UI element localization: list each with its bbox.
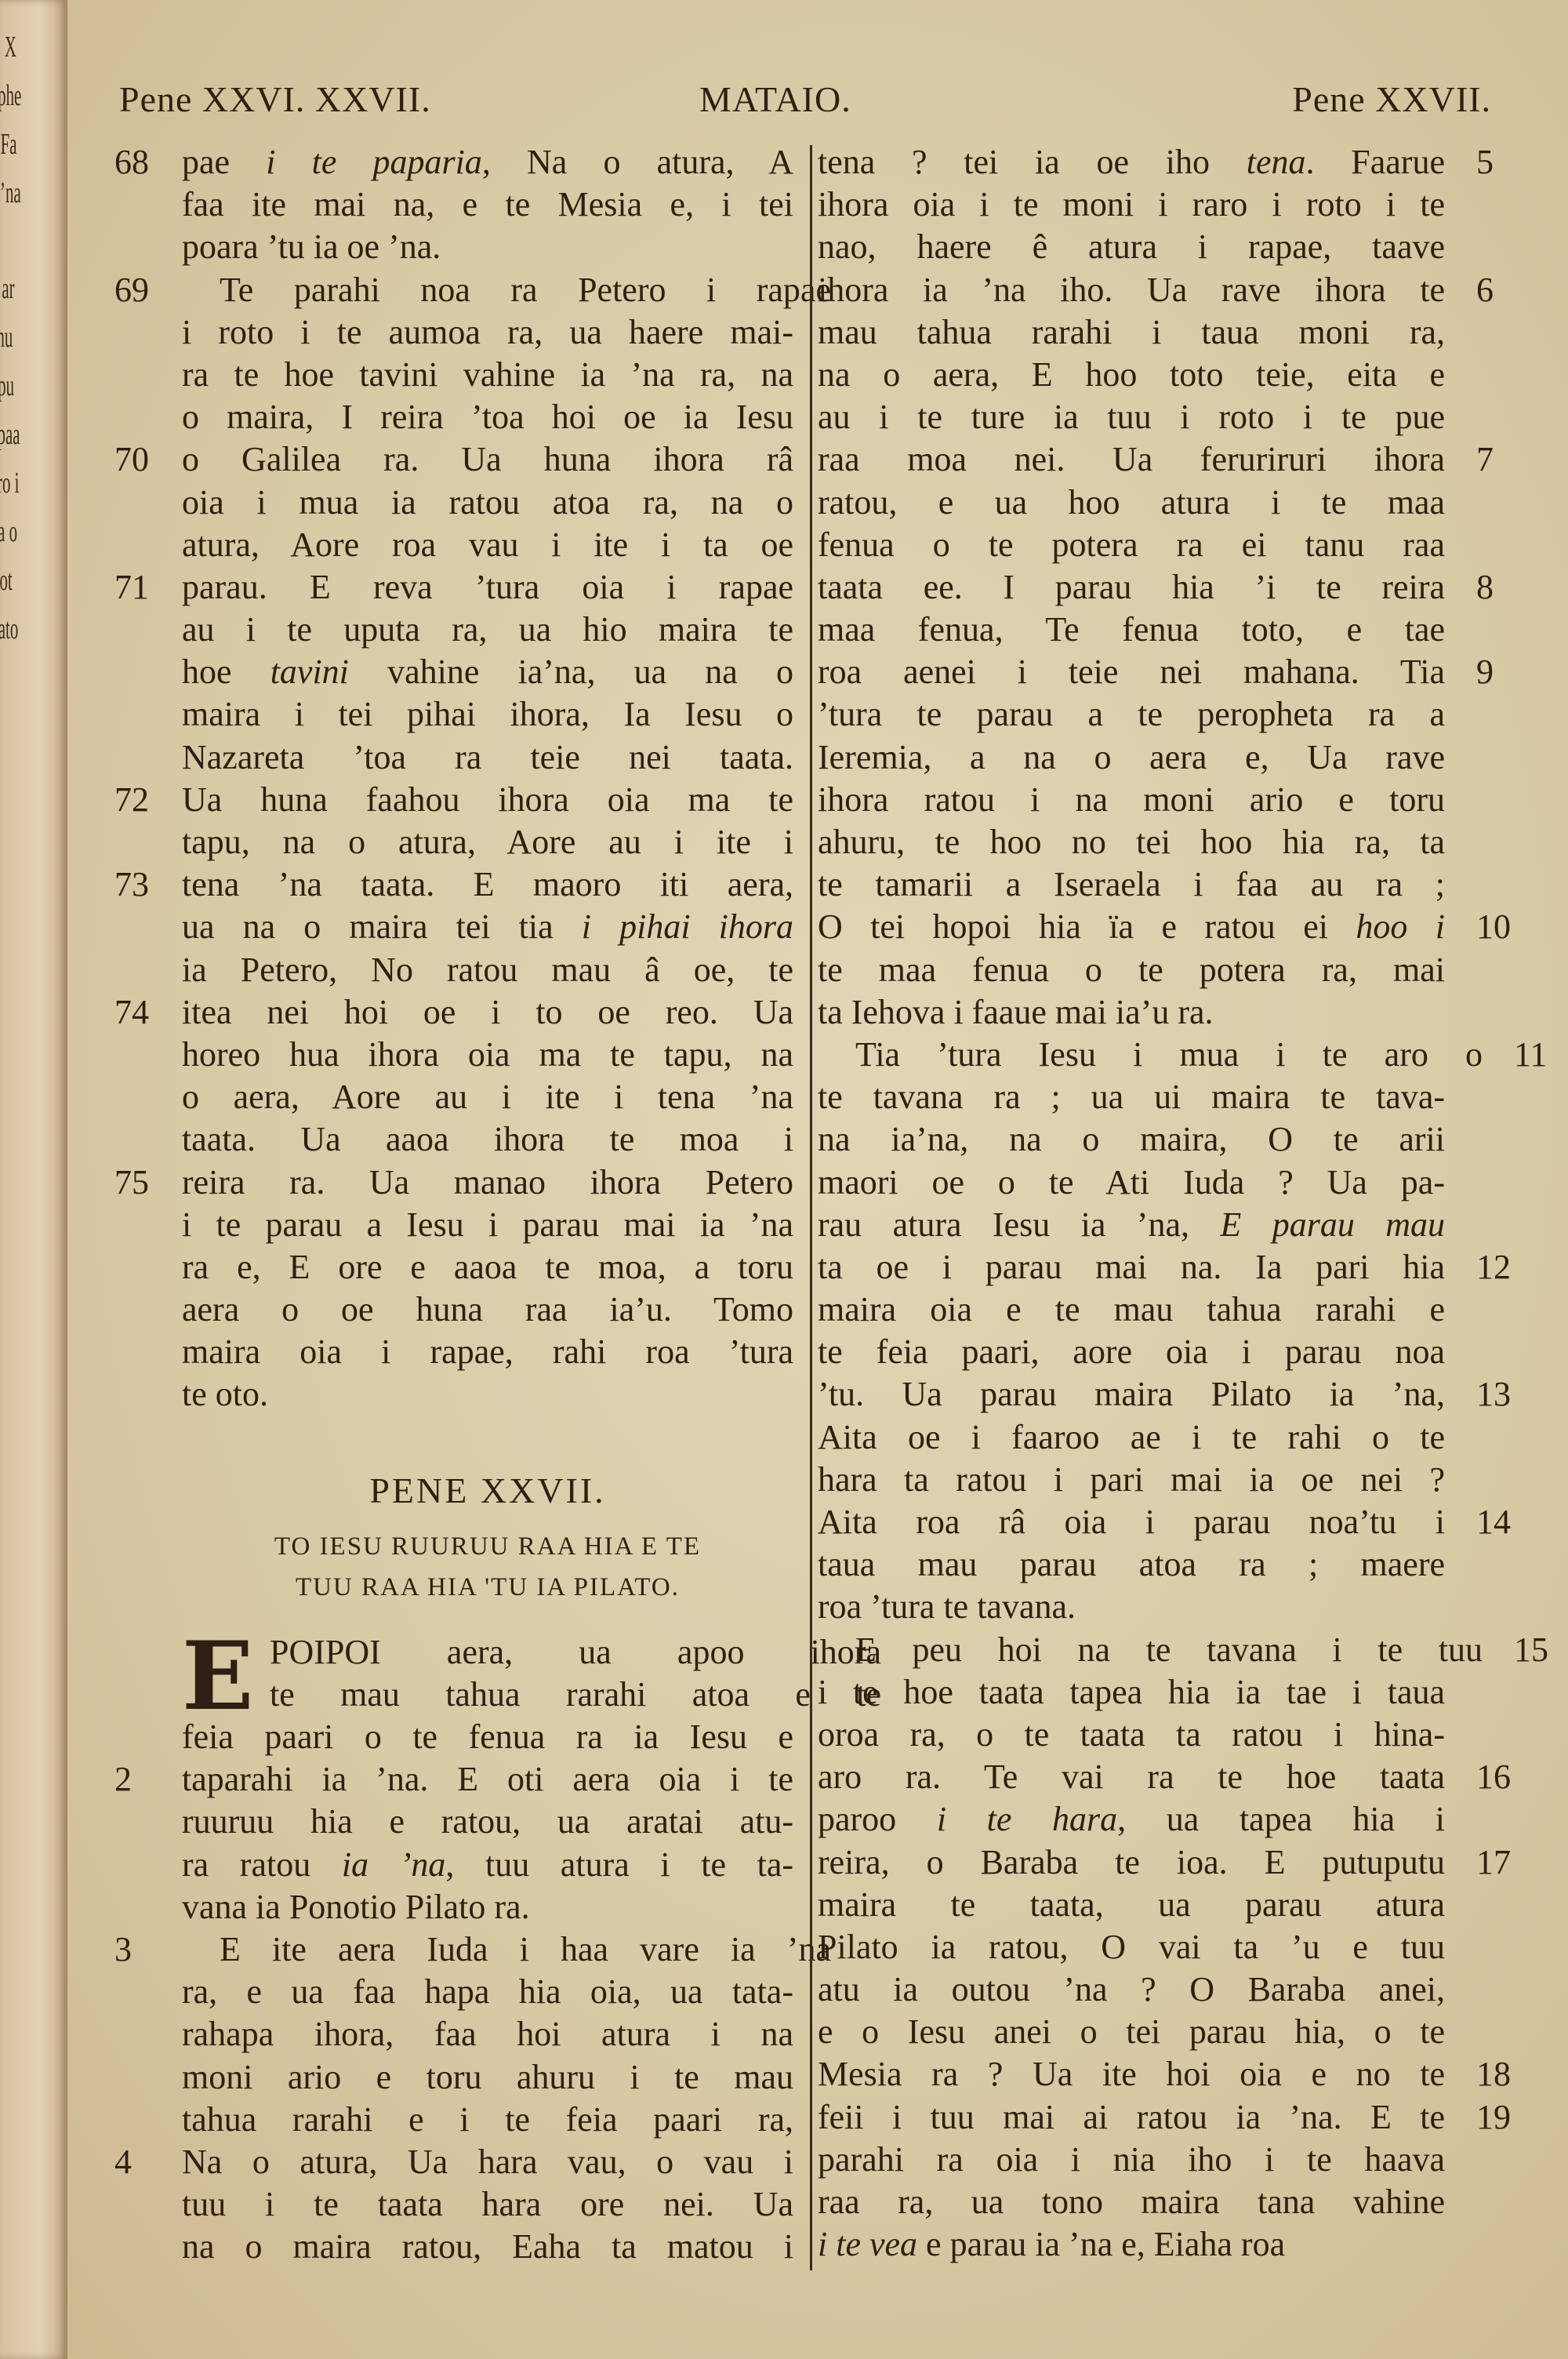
- text-line: ihora oia i te moni i raro i roto i te: [818, 184, 1445, 226]
- previous-page-fragment: teie. Fa: [0, 127, 17, 162]
- running-head: Pene XXVI. XXVII. MATAIO. Pene XXVII.: [119, 78, 1491, 125]
- text-line: moni ario e toru ahuru i te mau: [182, 2056, 793, 2099]
- line-text: POIPOI aera, ua apoo ihora: [270, 1633, 881, 1671]
- text-line: na ia’na, na o maira, O te arii: [818, 1118, 1445, 1161]
- line-text: hara ta ratou i pari mai ia oe nei ?: [818, 1460, 1445, 1499]
- line-text: vahine ia’na, ua na o: [349, 652, 793, 691]
- line-text: te feia paari, aore oia i parau noa: [818, 1332, 1445, 1371]
- italic-text: i te paparia: [266, 143, 482, 181]
- text-line: ratou, e ua hoo atura i te maa: [818, 482, 1445, 524]
- text-line: 8taata ee. I parau hia ’i te reira: [818, 566, 1445, 609]
- verse-number: 73: [114, 863, 149, 906]
- verse-number: 69: [114, 269, 149, 311]
- line-text: reira, o Baraba te ioa. E putuputu: [818, 1843, 1445, 1881]
- line-text: fenua o te potera ra ei tanu raa: [818, 525, 1445, 564]
- verse-number: 2: [114, 1758, 132, 1801]
- text-line: maa fenua, Te fenua toto, e tae: [818, 609, 1445, 651]
- previous-page-fragment: oa ia’na: [0, 176, 21, 210]
- line-text: atura, Aore roa vau i ite i ta oe: [182, 525, 793, 564]
- text-line: e o Iesu anei o tei parau hia, o te: [818, 2011, 1445, 2053]
- text-line: paroo i te hara, ua tapea hia i: [818, 1798, 1445, 1841]
- text-line: 3E ite aera Iuda i haa vare ia ’na: [182, 1928, 831, 1971]
- line-text: oroa ra, o te taata ta ratou i hina-: [818, 1715, 1445, 1754]
- previous-page-fragment: te tahu: [0, 320, 13, 354]
- chapter-summary-line: TO IESU RUURUU RAA HIA E TE: [182, 1526, 793, 1567]
- line-text: ra e, E ore e aaoa te moa, a toru: [182, 1248, 793, 1286]
- text-line: i te vea e parau ia ’na e, Eiaha roa: [818, 2223, 1445, 2266]
- text-line: te tavana ra ; ua ui maira te tava-: [818, 1076, 1445, 1118]
- text-line: i te parau a Iesu i parau mai ia ’na: [182, 1204, 793, 1246]
- line-text: ua na o maira tei tia: [182, 907, 582, 946]
- text-line: ra ratou ia ’na, tuu atura i te ta-: [182, 1844, 793, 1886]
- verse-number: 17: [1476, 1841, 1531, 1884]
- previous-page-fragment: u ra, ar: [0, 271, 15, 306]
- text-line: Nazareta ’toa ra teie nei taata.: [182, 736, 793, 779]
- text-line: 69Te parahi noa ra Petero i rapae: [182, 269, 831, 311]
- text-line: 74itea nei hoi oe i to oe reo. Ua: [182, 991, 793, 1034]
- line-text: E ite aera Iuda i haa vare ia ’na: [220, 1930, 831, 1968]
- text-line: atu ia outou ’na ? O Baraba anei,: [818, 1968, 1445, 2011]
- line-text: taata. Ua aaoa ihora te moa i: [182, 1120, 793, 1158]
- line-text: au i te uputa ra, ua hio maira te: [182, 610, 793, 649]
- text-line: 19feii i tuu mai ai ratou ia ’na. E te: [818, 2096, 1445, 2139]
- line-text: parau. E reva ’tura oia i rapae: [182, 568, 793, 606]
- line-text: roa aenei i teie nei mahana. Tia: [818, 652, 1445, 691]
- line-text: oia i mua ia ratou atoa ra, na o: [182, 483, 793, 522]
- running-head-left: Pene XXVI. XXVII.: [119, 78, 431, 120]
- line-text: maira i tei pihai ihora, Ia Iesu o: [182, 695, 793, 733]
- line-text: na ia’na, na o maira, O te arii: [818, 1120, 1445, 1158]
- previous-page-fragment: umoa o: [0, 514, 17, 549]
- line-text: E peu hoi na te tavana i te tuu: [855, 1630, 1483, 1669]
- verse-number: 3: [114, 1928, 132, 1971]
- line-text: ’tura te parau a te peropheta ra a: [818, 695, 1445, 733]
- running-head-book-title: MATAIO.: [699, 78, 851, 120]
- text-line: taua mau parau atoa ra ; maere: [818, 1543, 1445, 1586]
- text-line: ahuru, te hoo no tei hoo hia ra, ta: [818, 821, 1445, 863]
- chapter-summary: TO IESU RUURUU RAA HIA E TE TUU RAA HIA …: [182, 1526, 793, 1608]
- text-line: i te hoe taata tapea hia ia tae i taua: [818, 1671, 1445, 1714]
- text-line: te mau tahua rarahi atoa e te: [182, 1674, 881, 1716]
- line-text: te tamarii a Iseraela i faa au ra ;: [818, 865, 1445, 903]
- text-line: 13’tu. Ua parau maira Pilato ia ’na,: [818, 1373, 1445, 1416]
- verse-number: 14: [1476, 1501, 1531, 1543]
- text-line: ihora ratou i na moni ario e toru: [818, 779, 1445, 821]
- line-text: au i te ture ia tuu i roto i te pue: [818, 398, 1445, 436]
- text-line: 2taparahi ia ’na. E oti aera oia i te: [182, 1758, 793, 1801]
- line-text: Te parahi noa ra Petero i rapae: [220, 271, 831, 309]
- line-text: raa ra, ua tono maira tana vahine: [818, 2183, 1445, 2221]
- text-line: tapu, na o atura, Aore au i ite i: [182, 821, 793, 863]
- verse-number: 70: [114, 438, 149, 481]
- line-text: tapu, na o atura, Aore au i ite i: [182, 823, 793, 861]
- line-text: ihora oia i te moni i raro i roto i te: [818, 185, 1445, 224]
- line-text: maa fenua, Te fenua toto, e tae: [818, 610, 1445, 649]
- line-text: feii i tuu mai ai ratou ia ’na. E te: [818, 2098, 1445, 2136]
- verse-number: 72: [114, 779, 149, 821]
- text-line: fenua o te potera ra ei tanu raa: [818, 524, 1445, 566]
- text-line: ruuruu hia e ratou, ua aratai atu-: [182, 1801, 793, 1843]
- line-text: pae: [182, 143, 266, 181]
- text-line: 70o Galilea ra. Ua huna ihora râ: [182, 438, 793, 481]
- line-text: moni ario e toru ahuru i te mau: [182, 2058, 793, 2096]
- italic-text: i pihai ihora: [582, 907, 793, 946]
- line-text: tahua rarahi e i te feia paari ra,: [182, 2100, 793, 2139]
- text-line: faa ite mai na, e te Mesia e, i tei: [182, 184, 793, 226]
- line-text: ra, e ua faa hapa hia oia, ua tata-: [182, 1972, 793, 2011]
- line-text: taua mau parau atoa ra ; maere: [818, 1545, 1445, 1583]
- line-text: o Galilea ra. Ua huna ihora râ: [182, 440, 793, 478]
- italic-text: tena: [1247, 143, 1306, 181]
- text-line: 5tena ? tei ia oe iho tena. Faarue: [818, 141, 1445, 184]
- line-text: i roto i te aumoa ra, ua haere mai-: [182, 313, 793, 351]
- line-text: ihora ia ’na iho. Ua rave ihora te: [818, 271, 1445, 309]
- right-column: 5tena ? tei ia oe iho tena. Faarueihora …: [818, 141, 1445, 2266]
- text-line: parahi ra oia i nia iho i te haava: [818, 2139, 1445, 2181]
- verse-number: 74: [114, 991, 149, 1034]
- line-text: itea nei hoi oe i to oe reo. Ua: [182, 993, 793, 1031]
- text-line: maira oia e te mau tahua rarahi e: [818, 1289, 1445, 1331]
- text-line: feia paari o te fenua ra ia Iesu e: [182, 1716, 793, 1758]
- text-line: 68pae i te paparia, Na o atura, A: [182, 141, 793, 184]
- line-text: paroo: [818, 1800, 937, 1838]
- verse-number: 75: [114, 1161, 149, 1204]
- previous-page-fragment: putupu: [0, 369, 14, 403]
- line-text: maira oia e te mau tahua rarahi e: [818, 1290, 1445, 1329]
- text-line: 10O tei hopoi hia ïa e ratou ei hoo i: [818, 906, 1445, 948]
- text-line: te feia paari, aore oia i parau noa: [818, 1331, 1445, 1373]
- line-text: . Faarue: [1306, 143, 1445, 181]
- line-text: rau atura Iesu ia ’na,: [818, 1205, 1220, 1244]
- text-line: oia i mua ia ratou atoa ra, na o: [182, 482, 793, 524]
- previous-page-fragment: perophe: [0, 78, 21, 113]
- line-text: te mau tahua rarahi atoa e te: [270, 1675, 881, 1714]
- text-line: te oto.: [182, 1373, 793, 1416]
- line-text: O tei hopoi hia ïa e ratou ei: [818, 907, 1356, 946]
- italic-text: tavini: [270, 652, 349, 691]
- text-line: rahapa ihora, faa hoi atura i na: [182, 2013, 793, 2055]
- text-line: 71parau. E reva ’tura oia i rapae: [182, 566, 793, 609]
- chapter-opening-verses: POIPOI aera, ua apoo ihorate mau tahua r…: [182, 1631, 793, 2269]
- line-text: aera o oe huna raa ia’u. Tomo: [182, 1290, 793, 1329]
- text-line: vana ia Ponotio Pilato ra.: [182, 1886, 793, 1928]
- line-text: rahapa ihora, faa hoi atura i na: [182, 2015, 793, 2053]
- line-text: hoe: [182, 652, 270, 691]
- line-text: horeo hua ihora oia ma te tapu, na: [182, 1035, 793, 1074]
- text-line: i roto i te aumoa ra, ua haere mai-: [182, 311, 793, 354]
- previous-page-fragment: ra i rot: [0, 563, 13, 598]
- line-text: , Na o atura, A: [482, 143, 793, 181]
- line-text: e parau ia ’na e, Eiaha roa: [917, 2225, 1285, 2263]
- line-text: ihora ratou i na moni ario e toru: [818, 780, 1445, 819]
- line-text: mau tahua rarahi i taua moni ra,: [818, 313, 1445, 351]
- text-line: ia Petero, No ratou mau â oe, te: [182, 949, 793, 991]
- verse-number: 9: [1476, 651, 1531, 693]
- chapter-opening: E POIPOI aera, ua apoo ihorate mau tahua…: [182, 1631, 793, 2269]
- line-text: nao, haere ê atura i rapae, taave: [818, 227, 1445, 266]
- line-text: na o maira ratou, Eaha ta matou i: [182, 2227, 793, 2266]
- line-text: Nazareta ’toa ra teie nei taata.: [182, 738, 793, 776]
- previous-page-edge: ENE Xperopheteie. Faoa ia’nau ra, arte t…: [0, 0, 67, 2359]
- line-text: ratou, e ua hoo atura i te maa: [818, 483, 1445, 522]
- verse-number: 16: [1476, 1756, 1531, 1798]
- text-line: 16aro ra. Te vai ra te hoe taata: [818, 1756, 1445, 1798]
- previous-page-fragment: Petero i: [0, 466, 19, 500]
- verse-number: 13: [1476, 1373, 1531, 1416]
- line-text: faa ite mai na, e te Mesia e, i tei: [182, 185, 793, 224]
- verse-number: 8: [1476, 566, 1531, 609]
- line-text: ’tu. Ua parau maira Pilato ia ’na,: [818, 1375, 1445, 1413]
- line-text: tuu i te taata hara ore nei. Ua: [182, 2185, 793, 2223]
- verse-number: 10: [1476, 906, 1531, 948]
- text-line: 12ta oe i parau mai na. Ia pari hia: [818, 1246, 1445, 1289]
- running-head-right: Pene XXVII.: [1292, 78, 1491, 120]
- italic-text: i te hara: [937, 1800, 1117, 1838]
- verse-number: 19: [1476, 2096, 1531, 2139]
- text-line: aera o oe huna raa ia’u. Tomo: [182, 1289, 793, 1331]
- text-line: raa ra, ua tono maira tana vahine: [818, 2181, 1445, 2223]
- text-line: maira oia i rapae, rahi roa ’tura: [182, 1331, 793, 1373]
- line-text: o maira, I reira ’toa hoi oe ia Iesu: [182, 398, 793, 436]
- left-column-verses: 68pae i te paparia, Na o atura, Afaa ite…: [182, 141, 793, 1416]
- text-line: ra te hoe tavini vahine ia ’na ra, na: [182, 354, 793, 396]
- text-line: maira te taata, ua parau atura: [818, 1884, 1445, 1926]
- line-text: i te parau a Iesu i parau mai ia ’na: [182, 1205, 793, 1244]
- left-column: 68pae i te paparia, Na o atura, Afaa ite…: [182, 141, 793, 2268]
- verse-number: 5: [1476, 141, 1531, 184]
- text-line: ta Iehova i faaue mai ia’u ra.: [818, 991, 1445, 1034]
- text-line: 7raa moa nei. Ua feruriruri ihora: [818, 438, 1445, 481]
- line-text: reira ra. Ua manao ihora Petero: [182, 1163, 793, 1201]
- line-text: Mesia ra ? Ua ite hoi oia e no te: [818, 2055, 1445, 2093]
- line-text: e o Iesu anei o tei parau hia, o te: [818, 2012, 1445, 2051]
- verse-number: 15: [1514, 1629, 1568, 1671]
- line-text: ra ratou: [182, 1845, 342, 1884]
- line-text: ta Iehova i faaue mai ia’u ra.: [818, 993, 1214, 1031]
- italic-text: hoo i: [1356, 907, 1445, 946]
- italic-text: E parau mau: [1220, 1205, 1445, 1244]
- verse-number: 7: [1476, 438, 1531, 481]
- line-text: taata ee. I parau hia ’i te reira: [818, 568, 1445, 606]
- text-line: mau tahua rarahi i taua moni ra,: [818, 311, 1445, 354]
- text-line: 11Tia ’tura Iesu i mua i te aro o: [818, 1034, 1483, 1076]
- line-text: maira te taata, ua parau atura: [818, 1885, 1445, 1924]
- text-line: 75reira ra. Ua manao ihora Petero: [182, 1161, 793, 1204]
- text-line: POIPOI aera, ua apoo ihora: [182, 1631, 881, 1674]
- text-line: te maa fenua o te potera ra, mai: [818, 949, 1445, 991]
- italic-text: i te vea: [818, 2225, 917, 2263]
- verse-number: 4: [114, 2141, 132, 2183]
- line-text: Ieremia, a na o aera e, Ua rave: [818, 738, 1445, 776]
- right-column-verses: 5tena ? tei ia oe iho tena. Faarueihora …: [818, 141, 1445, 2266]
- line-text: , tuu atura i te ta-: [445, 1845, 793, 1884]
- text-line: roa ’tura te tavana.: [818, 1586, 1445, 1628]
- chapter-heading: PENE XXVII.: [182, 1448, 793, 1526]
- verse-number: 18: [1476, 2053, 1531, 2095]
- line-text: Pilato ia ratou, O vai ta ’u e tuu: [818, 1928, 1445, 1966]
- line-text: ruuruu hia e ratou, ua aratai atu-: [182, 1802, 793, 1841]
- line-text: tena ? tei ia oe iho: [818, 143, 1247, 181]
- text-line: 9roa aenei i teie nei mahana. Tia: [818, 651, 1445, 693]
- text-line: 15E peu hoi na te tavana i te tuu: [818, 1629, 1483, 1671]
- previous-page-fragment: ENE X: [0, 30, 16, 64]
- text-line: 72Ua huna faahou ihora oia ma te: [182, 779, 793, 821]
- text-line: oroa ra, o te taata ta ratou i hina-: [818, 1714, 1445, 1756]
- text-line: nao, haere ê atura i rapae, taave: [818, 226, 1445, 268]
- text-line: ra, e ua faa hapa hia oia, ua tata-: [182, 1971, 793, 2013]
- text-line: o maira, I reira ’toa hoi oe ia Iesu: [182, 396, 793, 438]
- text-line: 73tena ’na taata. E maoro iti aera,: [182, 863, 793, 906]
- verse-number: 68: [114, 141, 149, 184]
- text-line: poara ’tu ia oe ’na.: [182, 226, 793, 268]
- italic-text: ia ’na: [342, 1845, 446, 1884]
- text-line: au i te uputa ra, ua hio maira te: [182, 609, 793, 651]
- line-text: Na o atura, Ua hara vau, o vau i: [182, 2143, 793, 2181]
- verse-number: 11: [1514, 1034, 1568, 1076]
- line-text: Tia ’tura Iesu i mua i te aro o: [855, 1035, 1483, 1074]
- line-text: , ua tapea hia i: [1117, 1800, 1445, 1838]
- line-text: ia Petero, No ratou mau â oe, te: [182, 951, 793, 989]
- line-text: te maa fenua o te potera ra, mai: [818, 951, 1445, 989]
- text-line: Ieremia, a na o aera e, Ua rave: [818, 736, 1445, 779]
- line-text: atu ia outou ’na ? O Baraba anei,: [818, 1970, 1445, 2008]
- text-line: tuu i te taata hara ore nei. Ua: [182, 2183, 793, 2226]
- line-text: Aita roa râ oia i parau noa’tu i: [818, 1503, 1445, 1541]
- text-line: maori oe o te Ati Iuda ? Ua pa-: [818, 1161, 1445, 1204]
- text-line: na o maira ratou, Eaha ta matou i: [182, 2226, 793, 2268]
- text-line: horeo hua ihora oia ma te tapu, na: [182, 1034, 793, 1076]
- text-line: hoe tavini vahine ia’na, ua na o: [182, 651, 793, 693]
- verse-number: 12: [1476, 1246, 1531, 1289]
- text-line: ra e, E ore e aaoa te moa, a toru: [182, 1246, 793, 1289]
- line-text: parahi ra oia i nia iho i te haava: [818, 2140, 1445, 2179]
- line-text: feia paari o te fenua ra ia Iesu e: [182, 1717, 793, 1756]
- book-page: ENE Xperopheteie. Faoa ia’nau ra, arte t…: [0, 0, 1568, 2359]
- verse-number: 71: [114, 566, 149, 609]
- text-line: na o aera, E hoo toto teie, eita e: [818, 354, 1445, 396]
- line-text: ra te hoe tavini vahine ia ’na ra, na: [182, 355, 793, 394]
- line-text: raa moa nei. Ua feruriruri ihora: [818, 440, 1445, 478]
- line-text: taparahi ia ’na. E oti aera oia i te: [182, 1760, 793, 1798]
- text-line: 6ihora ia ’na iho. Ua rave ihora te: [818, 269, 1445, 311]
- text-line: ua na o maira tei tia i pihai ihora: [182, 906, 793, 948]
- line-text: vana ia Ponotio Pilato ra.: [182, 1888, 530, 1926]
- line-text: na o aera, E hoo toto teie, eita e: [818, 355, 1445, 394]
- line-text: Aita oe i faaroo ae i te rahi o te: [818, 1418, 1445, 1456]
- line-text: tena ’na taata. E maoro iti aera,: [182, 865, 793, 903]
- line-text: ta oe i parau mai na. Ia pari hia: [818, 1248, 1445, 1286]
- text-line: 17reira, o Baraba te ioa. E putuputu: [818, 1841, 1445, 1884]
- text-line: ’tura te parau a te peropheta ra a: [818, 693, 1445, 736]
- line-text: te oto.: [182, 1375, 268, 1413]
- line-text: poara ’tu ia oe ’na.: [182, 227, 441, 266]
- column-rule: [810, 145, 812, 2270]
- text-line: maira i tei pihai ihora, Ia Iesu o: [182, 693, 793, 736]
- text-line: rau atura Iesu ia ’na, E parau mau: [818, 1204, 1445, 1246]
- text-line: o aera, Aore au i ite i tena ’na: [182, 1076, 793, 1118]
- line-text: maori oe o te Ati Iuda ? Ua pa-: [818, 1163, 1445, 1201]
- text-line: au i te ture ia tuu i roto i te pue: [818, 396, 1445, 438]
- line-text: o aera, Aore au i ite i tena ’na: [182, 1078, 793, 1116]
- text-line: 4Na o atura, Ua hara vau, o vau i: [182, 2141, 793, 2183]
- line-text: maira oia i rapae, rahi roa ’tura: [182, 1332, 793, 1371]
- verse-number: 6: [1476, 269, 1531, 311]
- line-text: Ua huna faahou ihora oia ma te: [182, 780, 793, 819]
- text-line: tahua rarahi e i te feia paari ra,: [182, 2099, 793, 2141]
- text-line: hara ta ratou i pari mai ia oe nei ?: [818, 1459, 1445, 1501]
- text-line: Pilato ia ratou, O vai ta ’u e tuu: [818, 1926, 1445, 1968]
- line-text: te tavana ra ; ua ui maira te tava-: [818, 1078, 1445, 1116]
- chapter-summary-line: TUU RAA HIA 'TU IA PILATO.: [182, 1567, 793, 1608]
- line-text: ahuru, te hoo no tei hoo hia ra, ta: [818, 823, 1445, 861]
- previous-page-fragment: feia paa: [0, 417, 20, 452]
- text-line: Aita oe i faaroo ae i te rahi o te: [818, 1416, 1445, 1459]
- text-line: taata. Ua aaoa ihora te moa i: [182, 1118, 793, 1161]
- text-line: 18Mesia ra ? Ua ite hoi oia e no te: [818, 2053, 1445, 2095]
- previous-page-fragment: vini ato: [0, 612, 18, 646]
- text-line: atura, Aore roa vau i ite i ta oe: [182, 524, 793, 566]
- line-text: aro ra. Te vai ra te hoe taata: [818, 1757, 1445, 1796]
- line-text: roa ’tura te tavana.: [818, 1587, 1076, 1626]
- text-line: 14Aita roa râ oia i parau noa’tu i: [818, 1501, 1445, 1543]
- text-line: te tamarii a Iseraela i faa au ra ;: [818, 863, 1445, 906]
- line-text: i te hoe taata tapea hia ia tae i taua: [818, 1673, 1445, 1711]
